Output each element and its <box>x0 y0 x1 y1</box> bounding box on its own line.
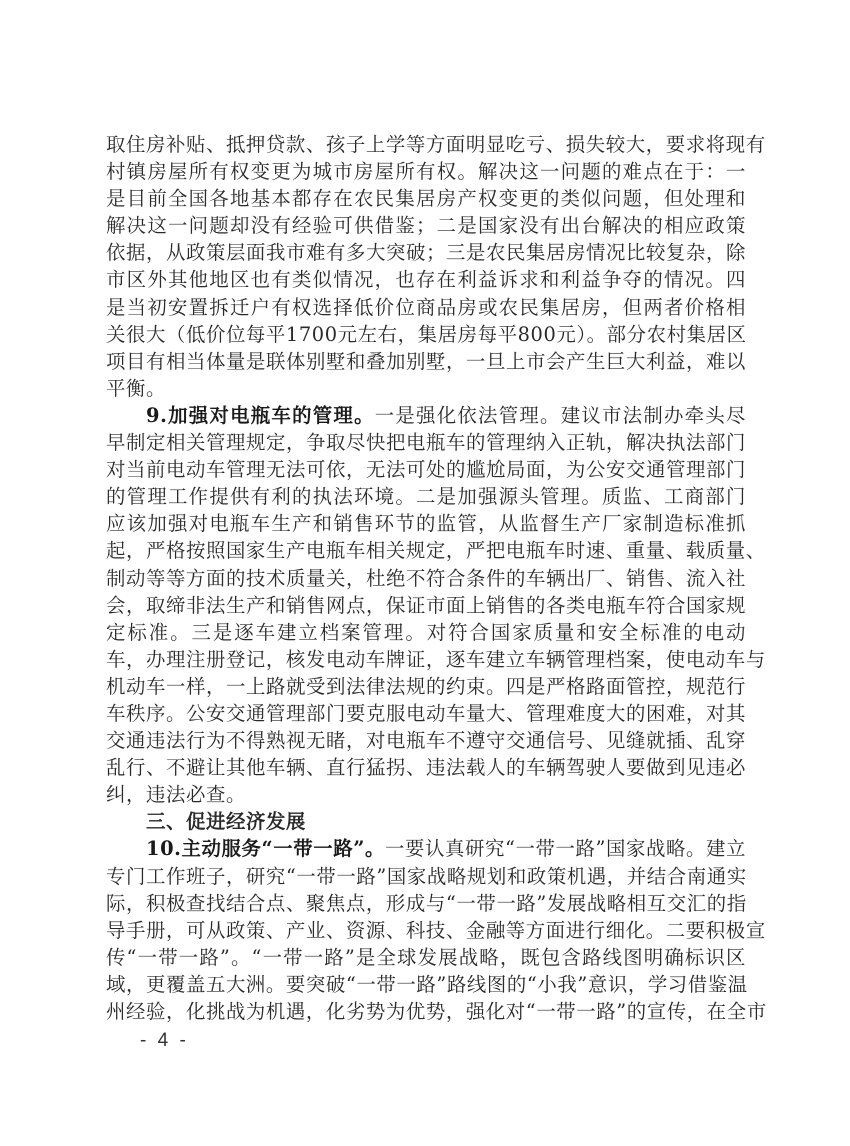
page-number: - 4 - <box>140 1030 189 1052</box>
section-heading: 三、促进经济发展 <box>106 808 746 835</box>
text-line: 市区外其他地区也有类似情况，也存在利益诉求和利益争夺的情况。四 <box>106 266 746 293</box>
text-line: 定标准。三是逐车建立档案管理。对符合国家质量和安全标准的电动 <box>106 619 746 646</box>
document-page: 取住房补贴、抵押贷款、孩子上学等方面明显吃亏、损失较大，要求将现有 村镇房屋所有… <box>106 131 746 1025</box>
text-line: 是当初安置拆迁户有权选择低价位商品房或农民集居房，但两者价格相 <box>106 294 746 321</box>
text-line: 域，更覆盖五大洲。要突破“一带一路”路线图的“小我”意识，学习借鉴温 <box>106 971 746 998</box>
text-line: 项目有相当体量是联体别墅和叠加别墅，一旦上市会产生巨大利益，难以 <box>106 348 746 375</box>
text-line: 起，严格按照国家生产电瓶车相关规定，严把电瓶车时速、重量、载质量、 <box>106 537 746 564</box>
text-line: 会，取缔非法生产和销售网点，保证市面上销售的各类电瓶车符合国家规 <box>106 592 746 619</box>
text-line: 导手册，可从政策、产业、资源、科技、金融等方面进行细化。二要积极宣 <box>106 917 746 944</box>
text-line: 早制定相关管理规定，争取尽快把电瓶车的管理纳入正轨，解决执法部门 <box>106 429 746 456</box>
text-line: 际，积极查找结合点、聚焦点，形成与“一带一路”发展战略相互交汇的指 <box>106 890 746 917</box>
text-line: 交通违法行为不得熟视无睹，对电瓶车不遵守交通信号、见缝就插、乱穿 <box>106 727 746 754</box>
section-9-text: 一是强化依法管理。建议市法制办牵头尽 <box>375 404 746 427</box>
section-10-first-line: 10.主动服务“一带一路”。一要认真研究“一带一路”国家战略。建立 <box>106 835 746 862</box>
text-line: 车秩序。公安交通管理部门要克服电动车量大、管理难度大的困难，对其 <box>106 700 746 727</box>
section-10-title: 10.主动服务“一带一路”。 <box>146 837 385 860</box>
text-line: 取住房补贴、抵押贷款、孩子上学等方面明显吃亏、损失较大，要求将现有 <box>106 131 746 158</box>
text-line: 的管理工作提供有利的执法环境。二是加强源头管理。质监、工商部门 <box>106 483 746 510</box>
text-line: 传“一带一路”。“一带一路”是全球发展战略，既包含路线图明确标识区 <box>106 944 746 971</box>
text-line: 应该加强对电瓶车生产和销售环节的监管，从监督生产厂家制造标准抓 <box>106 510 746 537</box>
section-10-text: 一要认真研究“一带一路”国家战略。建立 <box>385 837 746 860</box>
section-9-title: 9.加强对电瓶车的管理。 <box>146 404 375 427</box>
text-line: 制动等等方面的技术质量关，杜绝不符合条件的车辆出厂、销售、流入社 <box>106 565 746 592</box>
text-line: 村镇房屋所有权变更为城市房屋所有权。解决这一问题的难点在于：一 <box>106 158 746 185</box>
text-line: 平衡。 <box>106 375 746 402</box>
text-line: 车，办理注册登记，核发电动车牌证，逐车建立车辆管理档案，使电动车与 <box>106 646 746 673</box>
section-9-first-line: 9.加强对电瓶车的管理。一是强化依法管理。建议市法制办牵头尽 <box>106 402 746 429</box>
text-line: 纠，违法必查。 <box>106 781 746 808</box>
text-line: 是目前全国各地基本都存在农民集居房产权变更的类似问题，但处理和 <box>106 185 746 212</box>
text-line: 依据，从政策层面我市难有多大突破；三是农民集居房情况比较复杂，除 <box>106 239 746 266</box>
text-line: 州经验，化挑战为机遇，化劣势为优势，强化对“一带一路”的宣传，在全市 <box>106 998 746 1025</box>
text-line: 机动车一样，一上路就受到法律法规的约束。四是严格路面管控，规范行 <box>106 673 746 700</box>
text-line: 对当前电动车管理无法可依，无法可处的尴尬局面，为公安交通管理部门 <box>106 456 746 483</box>
text-line: 解决这一问题却没有经验可供借鉴；二是国家没有出台解决的相应政策 <box>106 212 746 239</box>
text-line: 专门工作班子，研究“一带一路”国家战略规划和政策机遇，并结合南通实 <box>106 863 746 890</box>
text-line: 乱行、不避让其他车辆、直行猛拐、违法载人的车辆驾驶人要做到见违必 <box>106 754 746 781</box>
text-line: 关很大（低价位每平1700元左右，集居房每平800元）。部分农村集居区 <box>106 321 746 348</box>
